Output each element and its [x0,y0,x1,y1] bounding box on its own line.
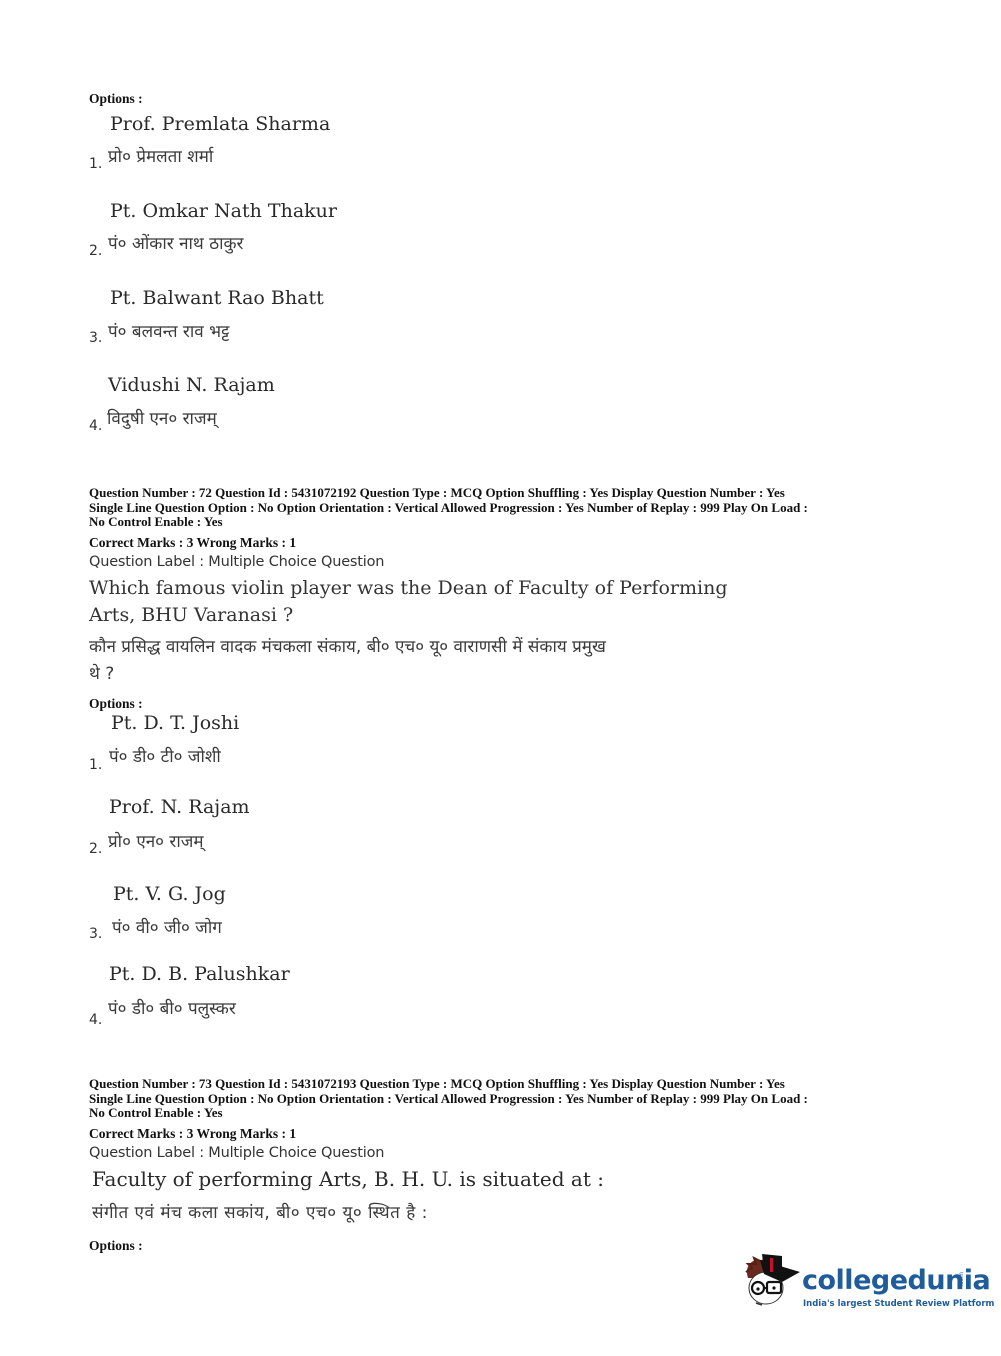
student-mascot-icon [742,1248,804,1312]
q73-meta-line-1: Question Number : 73 Question Id : 54310… [89,1077,785,1092]
option-2-english: Pt. Omkar Nath Thakur [110,200,337,222]
option-4-number: 4. [89,418,102,434]
q72-question-english-line-1: Which famous violin player was the Dean … [89,575,809,602]
q72-option-1-number: 1. [89,757,102,773]
q72-option-2-english: Prof. N. Rajam [109,796,250,818]
option-1-english: Prof. Premlata Sharma [110,113,330,135]
q72-option-1-english: Pt. D. T. Joshi [111,712,239,734]
q72-options-heading: Options : [89,696,143,712]
option-3-number: 3. [89,330,102,346]
q72-meta-line-1: Question Number : 72 Question Id : 54310… [89,486,785,501]
q72-question-label: Question Label : Multiple Choice Questio… [89,554,384,570]
brand-tagline: India's largest Student Review Platform [803,1299,994,1309]
option-2-hindi: पं० ओंकार नाथ ठाकुर [108,231,243,254]
collegedunia-watermark: collegedunia .com India's largest Studen… [742,1248,972,1318]
options-heading: Options : [89,91,143,107]
q72-meta-line-3: No Control Enable : Yes [89,515,223,530]
q73-question-text-english: Faculty of performing Arts, B. H. U. is … [92,1167,604,1191]
q72-option-2-number: 2. [89,841,102,857]
q72-question-hindi-line-2: थे ? [89,661,809,688]
q72-option-3-number: 3. [89,926,102,942]
q73-question-label: Question Label : Multiple Choice Questio… [89,1145,384,1161]
q72-option-4-number: 4. [89,1012,102,1028]
q73-question-text-hindi: संगीत एवं मंच कला सकांय, बी० एच० यू० स्थ… [92,1200,428,1223]
q73-options-heading: Options : [89,1238,143,1254]
q72-option-4-hindi: पं० डी० बी० पलुस्कर [108,996,236,1019]
option-1-number: 1. [89,156,102,172]
q73-marks: Correct Marks : 3 Wrong Marks : 1 [89,1126,296,1142]
option-3-english: Pt. Balwant Rao Bhatt [110,287,324,309]
q72-option-3-english: Pt. V. G. Jog [113,883,226,905]
q73-meta-line-3: No Control Enable : Yes [89,1106,223,1121]
q72-option-2-hindi: प्रो० एन० राजम् [108,829,204,852]
q72-marks: Correct Marks : 3 Wrong Marks : 1 [89,535,296,551]
brand-domain-suffix: .com [958,1272,965,1287]
q72-question-text-hindi: कौन प्रसिद्ध वायलिन वादक मंचकला संकाय, ब… [89,634,809,688]
q72-meta-line-2: Single Line Question Option : No Option … [89,501,808,516]
option-4-english: Vidushi N. Rajam [108,374,275,396]
q72-question-english-line-2: Arts, BHU Varanasi ? [89,602,809,629]
option-1-hindi: प्रो० प्रेमलता शर्मा [108,144,213,167]
option-4-hindi: विदुषी एन० राजम् [107,406,217,429]
option-2-number: 2. [89,243,102,259]
q72-option-1-hindi: पं० डी० टी० जोशी [109,744,221,767]
q73-meta-line-2: Single Line Question Option : No Option … [89,1092,808,1107]
q72-option-4-english: Pt. D. B. Palushkar [109,963,290,985]
q72-question-text-english: Which famous violin player was the Dean … [89,575,809,629]
q72-question-hindi-line-1: कौन प्रसिद्ध वायलिन वादक मंचकला संकाय, ब… [89,634,809,661]
option-3-hindi: पं० बलवन्त राव भट्ट [108,319,229,342]
q72-option-3-hindi: पं० वी० जी० जोग [112,915,222,938]
